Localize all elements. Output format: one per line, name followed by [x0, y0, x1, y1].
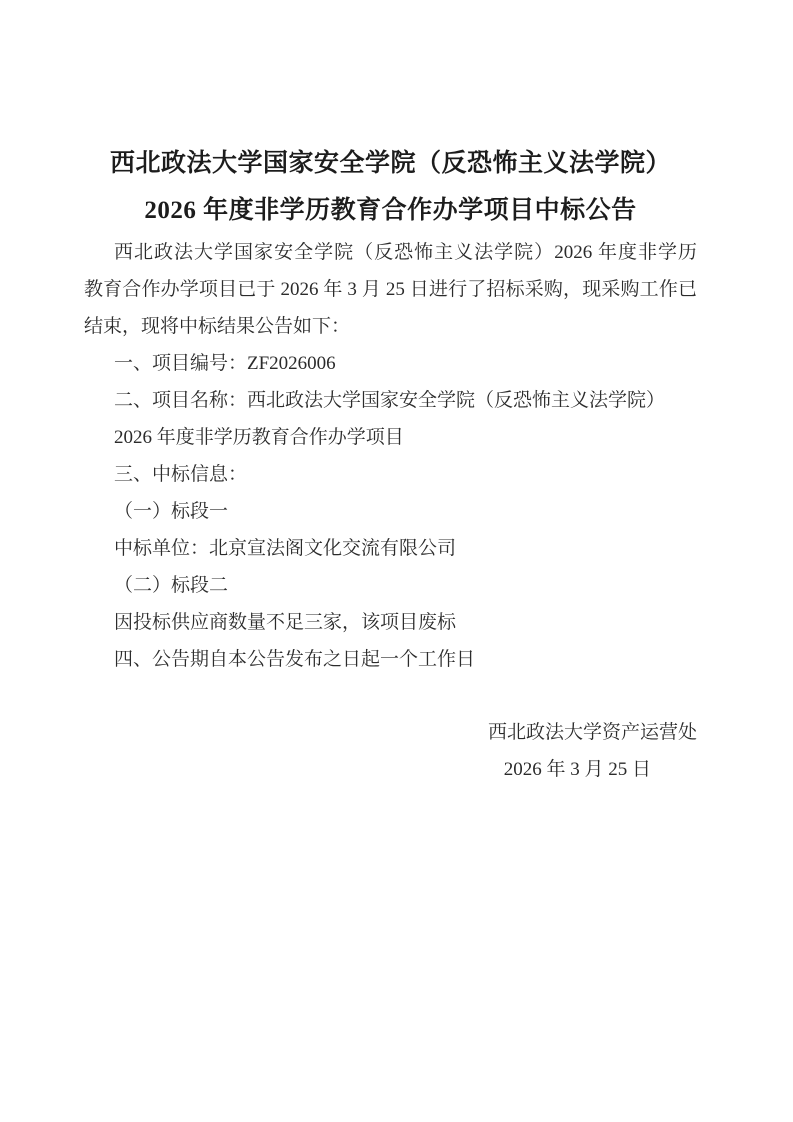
- document-page: 西北政法大学国家安全学院（反恐怖主义法学院） 2026 年度非学历教育合作办学项…: [0, 0, 793, 1122]
- document-title: 西北政法大学国家安全学院（反恐怖主义法学院） 2026 年度非学历教育合作办学项…: [84, 140, 697, 234]
- document-line: 因投标供应商数量不足三家，该项目废标: [84, 604, 697, 641]
- document-line: 教育合作办学项目已于 2026 年 3 月 25 日进行了招标采购，现采购工作已: [84, 271, 697, 308]
- document-line: 一、项目编号：ZF2026006: [84, 345, 697, 382]
- document-line: （一）标段一: [84, 493, 697, 530]
- document-line: 中标单位：北京宣法阁文化交流有限公司: [84, 530, 697, 567]
- document-line: 四、公告期自本公告发布之日起一个工作日: [84, 641, 697, 678]
- document-title-line-1: 西北政法大学国家安全学院（反恐怖主义法学院）: [84, 140, 697, 187]
- document-line: （二）标段二: [84, 567, 697, 604]
- document-title-line-2: 2026 年度非学历教育合作办学项目中标公告: [84, 187, 697, 234]
- document-line: 结束，现将中标结果公告如下：: [84, 308, 697, 345]
- document-line: 三、中标信息：: [84, 456, 697, 493]
- document-line: 二、项目名称：西北政法大学国家安全学院（反恐怖主义法学院）: [84, 382, 697, 419]
- document-body: 西北政法大学国家安全学院（反恐怖主义法学院）2026 年度非学历教育合作办学项目…: [84, 234, 697, 678]
- signature-date: 2026 年 3 月 25 日: [84, 751, 697, 788]
- signature-block: 西北政法大学资产运营处 2026 年 3 月 25 日: [84, 714, 697, 788]
- signature-department: 西北政法大学资产运营处: [84, 714, 697, 751]
- document-line: 2026 年度非学历教育合作办学项目: [84, 419, 697, 456]
- document-line: 西北政法大学国家安全学院（反恐怖主义法学院）2026 年度非学历: [84, 234, 697, 271]
